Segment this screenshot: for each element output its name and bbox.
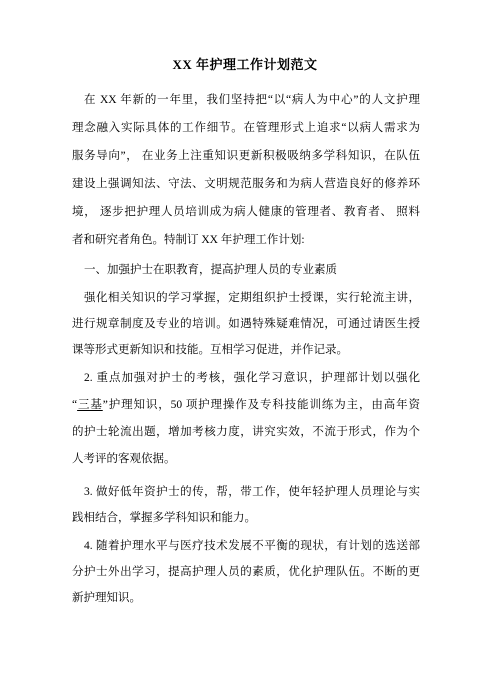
text-line: 分护士外出学习，提高护理人员的素质，优化护理队伍。不断的更 [72, 559, 420, 585]
text-line: 的护士轮流出题，增加考核力度，讲究实效，不流于形式，作为个 [72, 419, 420, 446]
text-line: 一、加强护士在职教育，提高护理人员的专业素质 [72, 257, 420, 284]
paragraph-item-1: 强化相关知识的学习掌握，定期组织护士授课，实行轮流主讲， 进行规章制度及专业的培… [72, 285, 420, 363]
text-line: 强化相关知识的学习掌握，定期组织护士授课，实行轮流主讲， [72, 285, 420, 311]
document-title: XX 年护理工作计划范文 [0, 57, 490, 73]
text-line: 3. 做好低年资护士的传，帮，带工作，使年轻护理人员理论与实 [72, 479, 420, 505]
text-line: “三基”护理知识，50 项护理操作及专科技能训练为主，由高年资 [72, 392, 420, 419]
text-line: 理念融入实际具体的工作细节。在管理形式上追求“以病人需求为 [72, 114, 420, 142]
paragraph-item-2: 2. 重点加强对护士的考核，强化学习意识，护理部计划以强化 “三基”护理知识，5… [72, 365, 420, 473]
line-remainder: ”护理知识，50 项护理操作及专科技能训练为主，由高年资 [103, 399, 420, 411]
text-line: 进行规章制度及专业的培训。如遇特殊疑难情况，可通过请医生授 [72, 311, 420, 337]
text-line: 课等形式更新知识和技能。互相学习促进，并作记录。 [72, 337, 420, 363]
text-line: 建设上强调知法、守法、文明规范服务和为病人营造良好的修养环 [72, 170, 420, 198]
text-line: 新护理知识。 [72, 585, 420, 611]
paragraph-intro: 在 XX 年新的一年里，我们坚持把“以“病人为中心”的人文护理 理念融入实际具体… [72, 86, 420, 254]
text-line: 2. 重点加强对护士的考核，强化学习意识，护理部计划以强化 [72, 365, 420, 392]
text-line: 服务导向”， 在业务上注重知识更新积极吸纳多学科知识，在队伍 [72, 142, 420, 170]
text-line: 境， 逐步把护理人员培训成为病人健康的管理者、教育者、 照料 [72, 198, 420, 226]
paragraph-item-4: 4. 随着护理水平与医疗技术发展不平衡的现状，有计划的选送部 分护士外出学习，提… [72, 533, 420, 611]
text-line: 践相结合，掌握多学科知识和能力。 [72, 505, 420, 531]
section-heading-1: 一、加强护士在职教育，提高护理人员的专业素质 [72, 257, 420, 284]
text-line: 4. 随着护理水平与医疗技术发展不平衡的现状，有计划的选送部 [72, 533, 420, 559]
document-page: XX 年护理工作计划范文 在 XX 年新的一年里，我们坚持把“以“病人为中心”的… [0, 0, 490, 696]
text-line: 者和研究者角色。特制订 XX 年护理工作计划: [72, 226, 420, 254]
text-line: 在 XX 年新的一年里，我们坚持把“以“病人为中心”的人文护理 [72, 86, 420, 114]
text-line: 人考评的客观依据。 [72, 446, 420, 473]
underlined-term: 三基 [77, 399, 103, 411]
paragraph-item-3: 3. 做好低年资护士的传，帮，带工作，使年轻护理人员理论与实 践相结合，掌握多学… [72, 479, 420, 531]
